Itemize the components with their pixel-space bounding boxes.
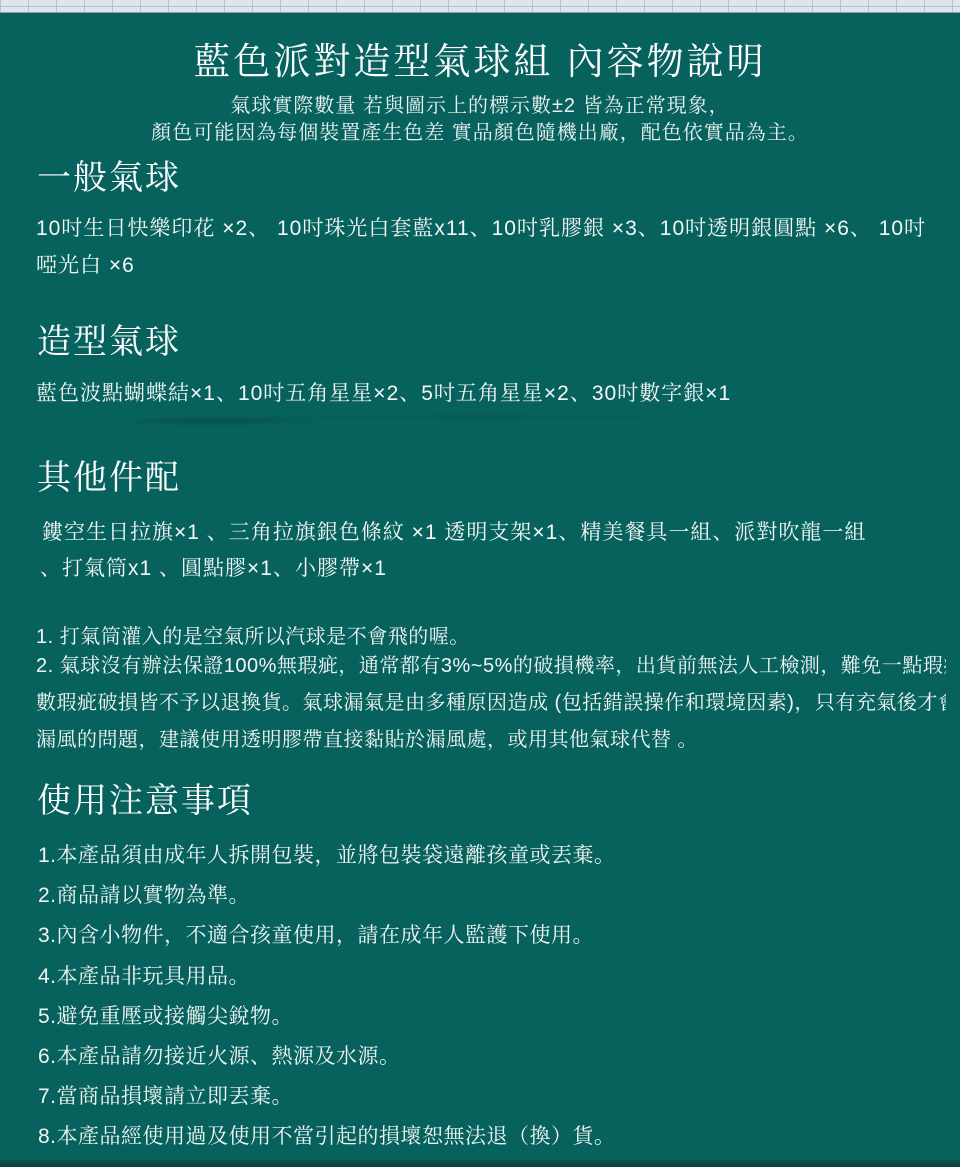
other-accessories-line-1: 鏤空生日拉旗×1 、三角拉旗銀色條紋 ×1 透明支架×1、精美餐具一組、派對吹龍… bbox=[42, 520, 944, 546]
disclaimer-line-3: 數瑕疵破損皆不予以退換貨。氣球漏氣是由多種原因造成 (包括錯誤操作和環境因素)，… bbox=[36, 690, 946, 716]
product-description-panel: 藍色派對造型氣球組 內容物說明 氣球實際數量 若與圖示上的標示數±2 皆為正常現… bbox=[0, 0, 960, 1167]
disclaimer-line-2: 2. 氣球沒有辦法保證100%無瑕疵，通常都有3%~5%的破損機率，出貨前無法人… bbox=[36, 653, 946, 679]
usage-note-7: 7.當商品損壞請立即丟棄。 bbox=[38, 1084, 946, 1110]
usage-note-6: 6.本產品請勿接近火源、熱源及水源。 bbox=[38, 1044, 946, 1070]
general-balloons-line-2: 啞光白 ×6 bbox=[36, 253, 944, 279]
disclaimer-line-1: 1. 打氣筒灌入的是空氣所以汽球是不會飛的喔。 bbox=[36, 624, 946, 650]
disclaimer-line-4: 漏風的問題，建議使用透明膠帶直接黏貼於漏風處，或用其他氣球代替 。 bbox=[36, 727, 946, 753]
usage-note-1: 1.本產品須由成年人拆開包裝，並將包裝袋遠離孩童或丟棄。 bbox=[38, 843, 946, 869]
spreadsheet-grid-strip bbox=[0, 0, 960, 13]
section-heading-usage-notes: 使用注意事項 bbox=[37, 781, 253, 821]
section-heading-general-balloons: 一般氣球 bbox=[37, 158, 181, 198]
usage-note-8: 8.本產品經使用過及使用不當引起的損壞恕無法退（換）貨。 bbox=[38, 1124, 946, 1150]
other-accessories-line-2: 、打氣筒x1 、圓點膠×1、小膠帶×1 bbox=[40, 556, 944, 582]
subtitle-line-1: 氣球實際數量 若與圖示上的標示數±2 皆為正常現象， bbox=[0, 93, 960, 119]
subtitle-line-2: 顏色可能因為每個裝置產生色差 實品顏色隨機出廠，配色依實品為主。 bbox=[0, 120, 960, 146]
section-heading-shaped-balloons: 造型氣球 bbox=[37, 322, 181, 362]
usage-note-5: 5.避免重壓或接觸尖銳物。 bbox=[38, 1004, 946, 1030]
usage-note-2: 2.商品請以實物為準。 bbox=[38, 883, 946, 909]
section-heading-other-accessories: 其他件配 bbox=[37, 458, 181, 498]
usage-note-4: 4.本產品非玩具用品。 bbox=[38, 964, 946, 990]
shaped-balloons-line-1: 藍色波點蝴蝶結×1、10吋五角星星×2、5吋五角星星×2、30吋數字銀×1 bbox=[36, 381, 944, 407]
general-balloons-line-1: 10吋生日快樂印花 ×2、 10吋珠光白套藍x11、10吋乳膠銀 ×3、10吋透… bbox=[36, 216, 944, 242]
bottom-edge-band bbox=[0, 1160, 960, 1167]
page-title: 藍色派對造型氣球組 內容物說明 bbox=[0, 40, 960, 84]
image-seam-artifact bbox=[0, 405, 960, 431]
usage-note-3: 3.內含小物件，不適合孩童使用，請在成年人監護下使用。 bbox=[38, 923, 946, 949]
